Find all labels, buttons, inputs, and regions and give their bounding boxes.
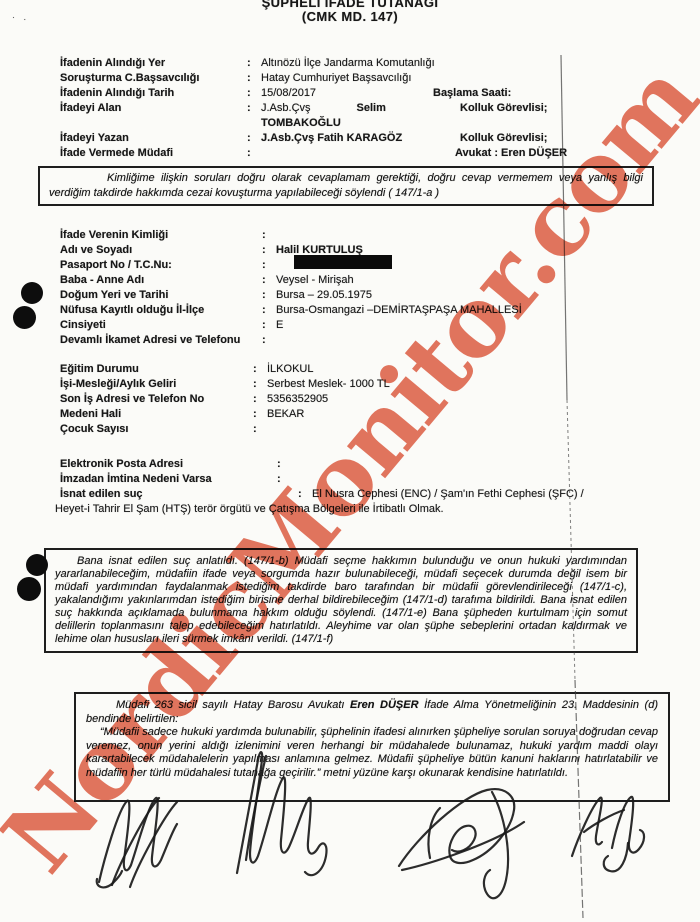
field-label: Soruşturma C.Başsavcılığı: [60, 71, 247, 86]
clerk-name: J.Asb.Çvş Fatih KARAGÖZ: [261, 131, 402, 146]
field-row: TOMBAKOĞLU: [60, 116, 660, 131]
rights-text: Bana isnat edilen suç anlatıldı. (147/1-…: [55, 555, 627, 646]
field-label: Elektronik Posta Adresi: [60, 457, 277, 472]
field-value: 15/08/2017: [261, 86, 316, 101]
field-label: Baba - Anne Adı: [60, 273, 262, 288]
field-label: Pasaport No / T.C.Nu:: [60, 258, 262, 273]
field-label: İfadenin Alındığı Tarih: [60, 86, 247, 101]
charge-value: El Nusra Cephesi (ENC) / Şam'ın Fethi Ce…: [312, 487, 584, 502]
field-label: İfade Vermede Müdafi: [60, 146, 247, 161]
field-label: İmzadan İmtina Nedeni Varsa: [60, 472, 277, 487]
lawyer-name: Eren DÜŞER: [350, 699, 419, 711]
field-row: Nüfusa Kayıtlı olduğu İl-İlçe:Bursa-Osma…: [60, 303, 660, 318]
field-row: Cinsiyeti:E: [60, 318, 660, 333]
lawyer-intro: Müdafi 263 sicil sayılı Hatay Barosu Avu…: [86, 699, 658, 726]
signature-3: [399, 789, 524, 898]
charge-continued: Heyet-i Tahrir El Şam (HTŞ) terör örgütü…: [55, 502, 670, 517]
phone-value: 5356352905: [267, 392, 328, 407]
officer-first-name: Selim: [357, 101, 386, 116]
field-row: Soruşturma C.Başsavcılığı:Hatay Cumhuriy…: [60, 71, 660, 86]
field-row: Medeni Hali:BEKAR: [60, 407, 660, 422]
field-row: İsnat edilen suç:El Nusra Cephesi (ENC) …: [60, 487, 670, 502]
field-row: İfadeyi Alan:J.Asb.ÇvşSelim Kolluk Görev…: [60, 101, 660, 116]
field-label: Cinsiyeti: [60, 318, 262, 333]
field-row: İfade Vermede Müdafi: Avukat : Eren DÜŞE…: [60, 146, 660, 161]
field-label: Adı ve Soyadı: [60, 243, 262, 258]
field-label: İfadeyi Alan: [60, 101, 247, 116]
signature-1: [97, 798, 177, 887]
field-label: İşi-Mesleği/Aylık Geliri: [60, 377, 253, 392]
lawyer-quote: “Müdafii sadece hukuki yardımda bulunabi…: [86, 726, 658, 780]
signature-4: [572, 797, 644, 872]
lawyer-statement-box: Müdafi 263 sicil sayılı Hatay Barosu Avu…: [74, 692, 670, 802]
field-row: Doğum Yeri ve Tarihi:Bursa – 29.05.1975: [60, 288, 660, 303]
occupation-value: Serbest Meslek- 1000 TL: [267, 377, 390, 392]
identity-fields: İfade Verenin Kimliği: Adı ve Soyadı:Hal…: [60, 228, 660, 348]
caution-statement-box: Kimliğime ilişkin soruları doğru olarak …: [38, 166, 654, 206]
field-row: Devamlı İkamet Adresi ve Telefonu:: [60, 333, 660, 348]
marital-status-value: BEKAR: [267, 407, 304, 422]
punch-hole-mark: [21, 282, 43, 304]
field-value: J.Asb.Çvş: [261, 101, 311, 116]
field-label: Medeni Hali: [60, 407, 253, 422]
field-label: İsnat edilen suç: [60, 487, 298, 502]
field-label: Devamlı İkamet Adresi ve Telefonu: [60, 333, 262, 348]
field-row: İşi-Mesleği/Aylık Geliri:Serbest Meslek-…: [60, 377, 660, 392]
field-value: Hatay Cumhuriyet Başsavcılığı: [261, 71, 411, 86]
field-row: Eğitim Durumu:İLKOKUL: [60, 362, 660, 377]
punch-hole-mark: [26, 554, 48, 576]
field-row: İfadeyi Yazan:J.Asb.Çvş Fatih KARAGÖZ Ko…: [60, 131, 660, 146]
field-value: Altınözü İlçe Jandarma Komutanlığı: [261, 56, 435, 71]
field-label: Nüfusa Kayıtlı olduğu İl-İlçe: [60, 303, 262, 318]
start-time-label: Başlama Saati:: [433, 86, 511, 101]
field-row: Elektronik Posta Adresi:: [60, 457, 670, 472]
parents-names: Veysel - Mirişah: [276, 273, 354, 288]
document-subtitle: (CMK MD. 147): [0, 9, 700, 24]
field-row: İfadenin Alındığı Yer:Altınözü İlçe Jand…: [60, 56, 660, 71]
field-row: Son İş Adresi ve Telefon No:5356352905: [60, 392, 660, 407]
header-fields: İfadenin Alındığı Yer:Altınözü İlçe Jand…: [60, 56, 660, 161]
field-label: İfade Verenin Kimliği: [60, 228, 262, 243]
punch-hole-mark: [13, 306, 36, 329]
rights-statement-box: Bana isnat edilen suç anlatıldı. (147/1-…: [44, 548, 638, 653]
gender-value: E: [276, 318, 283, 333]
officer-last-name: TOMBAKOĞLU: [261, 116, 341, 131]
punch-hole-mark: [17, 577, 41, 601]
caution-text: Kimliğime ilişkin soruları doğru olarak …: [49, 171, 643, 201]
status-fields: Eğitim Durumu:İLKOKUL İşi-Mesleği/Aylık …: [60, 362, 660, 437]
officer-role-label: Kolluk Görevlisi;: [460, 101, 547, 116]
field-label: İfadeyi Yazan: [60, 131, 247, 146]
field-label: Eğitim Durumu: [60, 362, 253, 377]
field-label: Çocuk Sayısı: [60, 422, 253, 437]
redaction-bar: [294, 255, 392, 269]
scanned-statement-document: ŞÜPHELİ İFADE TUTANAĞI (CMK MD. 147) · .…: [0, 0, 700, 922]
field-row: İfade Verenin Kimliği:: [60, 228, 660, 243]
charge-fields: Elektronik Posta Adresi: İmzadan İmtina …: [60, 457, 670, 517]
field-label: İfadenin Alındığı Yer: [60, 56, 247, 71]
registry-location: Bursa-Osmangazi –DEMİRTAŞPAŞA MAHALLESİ: [276, 303, 522, 318]
field-row: Çocuk Sayısı:: [60, 422, 660, 437]
birth-place-date: Bursa – 29.05.1975: [276, 288, 372, 303]
scan-artifact-marks: · .: [12, 12, 29, 22]
field-row: Baba - Anne Adı:Veysel - Mirişah: [60, 273, 660, 288]
clerk-role-label: Kolluk Görevlisi;: [460, 131, 547, 146]
defense-lawyer-label: Avukat : Eren DÜŞER: [455, 146, 567, 161]
field-label: Doğum Yeri ve Tarihi: [60, 288, 262, 303]
education-value: İLKOKUL: [267, 362, 313, 377]
field-row: İmzadan İmtina Nedeni Varsa:: [60, 472, 670, 487]
field-label: Son İş Adresi ve Telefon No: [60, 392, 253, 407]
field-row: İfadenin Alındığı Tarih:15/08/2017 Başla…: [60, 86, 660, 101]
